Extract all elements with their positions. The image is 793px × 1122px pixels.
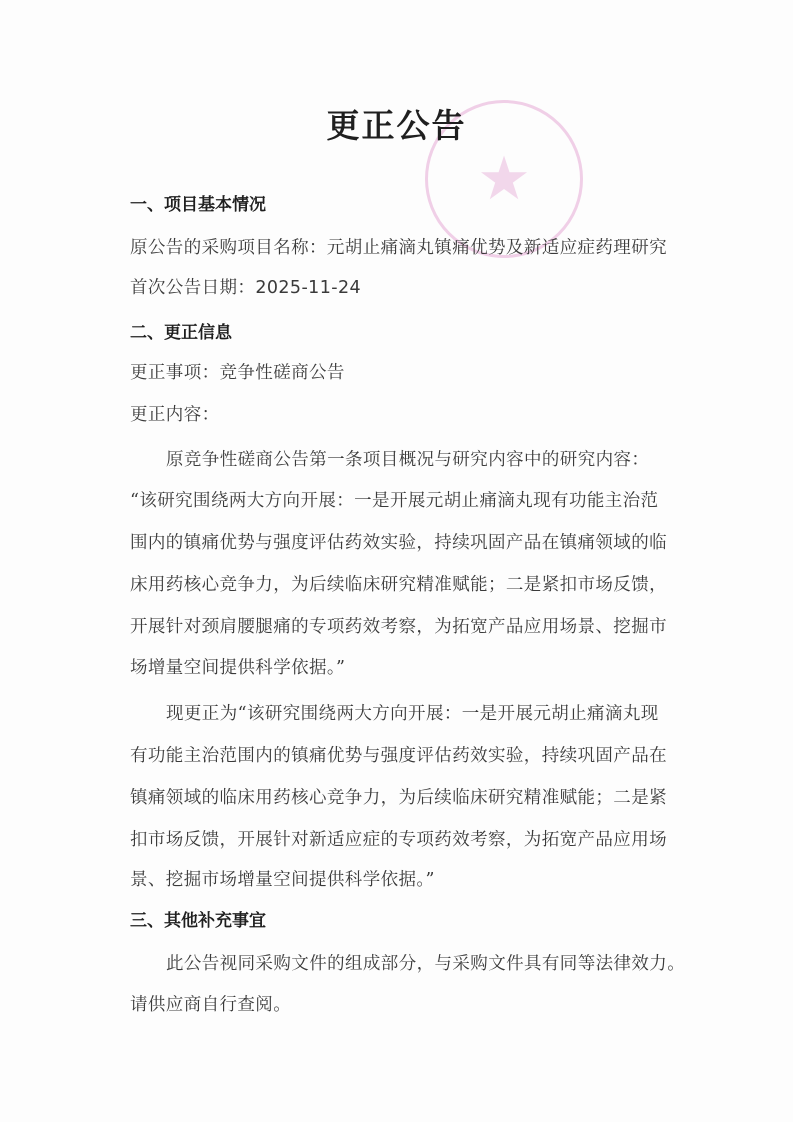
section-heading-other-matters: 三、其他补充事宜 bbox=[130, 906, 266, 931]
first-date-line: 首次公告日期：2025-11-24 bbox=[130, 274, 361, 299]
project-name-label: 原公告的采购项目名称： bbox=[130, 238, 327, 258]
correction-content-label: 更正内容： bbox=[130, 401, 220, 426]
corrected-text-line: 镇痛领域的临床用药核心竞争力，为后续临床研究精准赋能；二是紧 bbox=[130, 784, 667, 809]
first-date-value: 2025-11-24 bbox=[255, 278, 361, 298]
correction-item-line: 更正事项：竞争性磋商公告 bbox=[130, 359, 345, 384]
star-icon: ★ bbox=[477, 149, 531, 209]
corrected-text-line: 景、挖掘市场增量空间提供科学依据。” bbox=[130, 866, 435, 891]
section-heading-basic-info: 一、项目基本情况 bbox=[130, 190, 266, 215]
original-text-line: 原竞争性磋商公告第一条项目概况与研究内容中的研究内容： bbox=[166, 446, 649, 471]
original-text-line: “该研究围绕两大方向开展：一是开展元胡止痛滴丸现有功能主治范 bbox=[130, 487, 658, 512]
corrected-text-line: 现更正为“该研究围绕两大方向开展：一是开展元胡止痛滴丸现 bbox=[166, 700, 659, 725]
other-matters-line: 请供应商自行查阅。 bbox=[130, 991, 291, 1016]
original-text-line: 开展针对颈肩腰腿痛的专项药效考察，为拓宽产品应用场景、挖掘市 bbox=[130, 613, 667, 638]
corrected-text-line: 扣市场反馈，开展针对新适应症的专项药效考察，为拓宽产品应用场 bbox=[130, 826, 667, 851]
corrected-text-line: 有功能主治范围内的镇痛优势与强度评估药效实验，持续巩固产品在 bbox=[130, 742, 667, 767]
project-name-value: 元胡止痛滴丸镇痛优势及新适应症药理研究 bbox=[327, 238, 667, 258]
project-name-line: 原公告的采购项目名称：元胡止痛滴丸镇痛优势及新适应症药理研究 bbox=[130, 234, 667, 259]
document-page: ★ 更正公告 一、项目基本情况 原公告的采购项目名称：元胡止痛滴丸镇痛优势及新适… bbox=[0, 0, 793, 1122]
original-text-line: 床用药核心竞争力，为后续临床研究精准赋能；二是紧扣市场反馈， bbox=[130, 571, 667, 596]
first-date-label: 首次公告日期： bbox=[130, 278, 255, 298]
original-text-line: 围内的镇痛优势与强度评估药效实验，持续巩固产品在镇痛领域的临 bbox=[130, 529, 667, 554]
correction-item-label: 更正事项： bbox=[130, 363, 220, 383]
correction-item-value: 竞争性磋商公告 bbox=[220, 363, 345, 383]
page-title: 更正公告 bbox=[0, 100, 793, 147]
section-heading-correction-info: 二、更正信息 bbox=[130, 318, 232, 343]
original-text-line: 场增量空间提供科学依据。” bbox=[130, 654, 345, 679]
other-matters-line: 此公告视同采购文件的组成部分，与采购文件具有同等法律效力。 bbox=[166, 950, 685, 975]
